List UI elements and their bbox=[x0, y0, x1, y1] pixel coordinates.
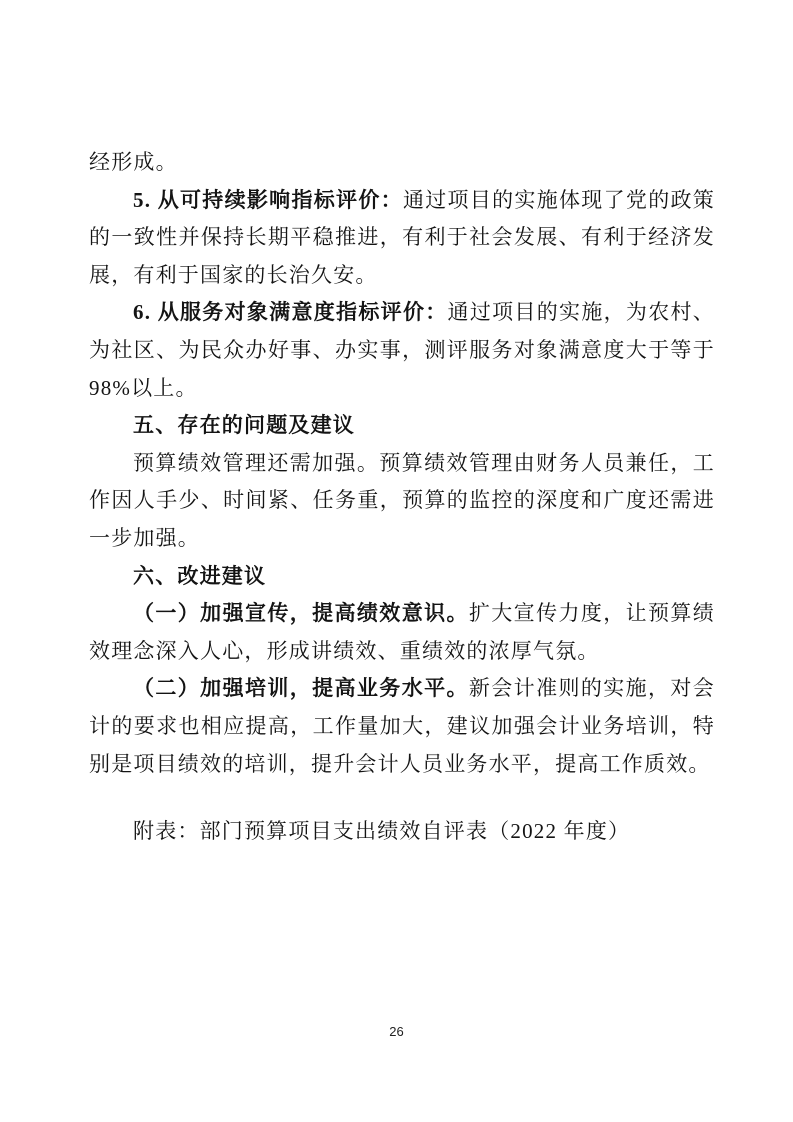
paragraph-item-6-satisfaction: 6. 从服务对象满意度指标评价：通过项目的实施，为农村、为社区、为民众办好事、办… bbox=[89, 294, 715, 407]
text-segment: 预算绩效管理还需加强。预算绩效管理由财务人员兼任，工作因人手少、时间紧、任务重，… bbox=[89, 451, 715, 550]
text-segment: 经形成。 bbox=[89, 150, 178, 174]
page-number: 26 bbox=[0, 1022, 793, 1041]
paragraph-attachment-note: 附表：部门预算项目支出绩效自评表（2022 年度） bbox=[89, 813, 715, 851]
bold-text-segment: （一）加强宣传，提高绩效意识。 bbox=[133, 601, 469, 625]
heading-section-6-improvements: 六、改进建议 bbox=[89, 558, 715, 596]
paragraph-problems-body: 预算绩效管理还需加强。预算绩效管理由财务人员兼任，工作因人手少、时间紧、任务重，… bbox=[89, 445, 715, 558]
bold-text-segment: （二）加强培训，提高业务水平。 bbox=[133, 676, 469, 700]
document-page: 经形成。5. 从可持续影响指标评价：通过项目的实施体现了党的政策的一致性并保持长… bbox=[0, 0, 793, 1122]
bold-text-segment: 5. 从可持续影响指标评价： bbox=[133, 188, 403, 212]
heading-section-5-problems: 五、存在的问题及建议 bbox=[89, 407, 715, 445]
bold-text-segment: 6. 从服务对象满意度指标评价： bbox=[133, 300, 448, 324]
paragraph-item-5-sustainability: 5. 从可持续影响指标评价：通过项目的实施体现了党的政策的一致性并保持长期平稳推… bbox=[89, 182, 715, 295]
document-text: 经形成。5. 从可持续影响指标评价：通过项目的实施体现了党的政策的一致性并保持长… bbox=[89, 144, 715, 851]
text-segment: 五、存在的问题及建议 bbox=[133, 414, 355, 437]
paragraph-continued: 经形成。 bbox=[89, 144, 715, 182]
paragraph-suggestion-2: （二）加强培训，提高业务水平。新会计准则的实施，对会计的要求也相应提高，工作量加… bbox=[89, 670, 715, 783]
paragraph-suggestion-1: （一）加强宣传，提高绩效意识。扩大宣传力度，让预算绩效理念深入人心，形成讲绩效、… bbox=[89, 595, 715, 670]
text-segment: 附表：部门预算项目支出绩效自评表（2022 年度） bbox=[133, 819, 630, 843]
text-segment: 六、改进建议 bbox=[133, 565, 266, 588]
